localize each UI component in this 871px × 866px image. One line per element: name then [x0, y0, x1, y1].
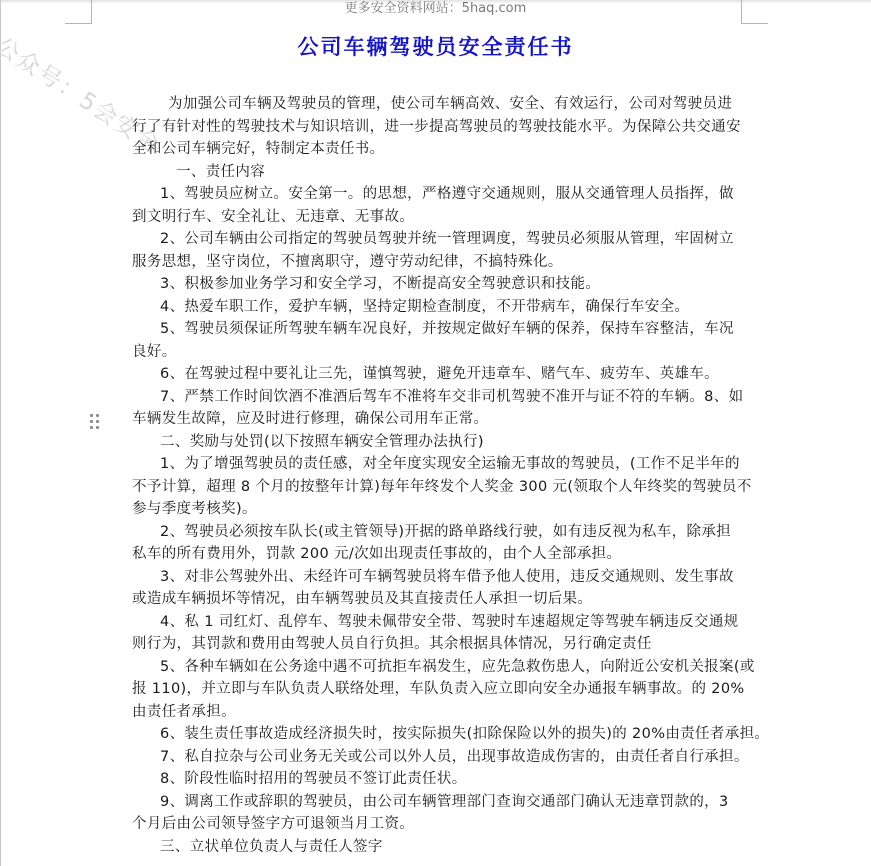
section-heading-signatures: 三、立状单位负责人与责任人签字: [132, 836, 752, 859]
document-title: 公司车辆驾驶员安全责任书: [0, 32, 871, 62]
doc-line: 5、各种车辆如在公务途中遇不可抗拒车祸发生，应先急救伤患人，向附近公安机关报案(…: [132, 656, 752, 679]
doc-line: 2、公司车辆由公司指定的驾驶员驾驶并统一管理调度，驾驶员必须服从管理，牢固树立: [132, 228, 752, 251]
doc-line: 8、阶段性临时招用的驾驶员不签订此责任状。: [132, 768, 752, 791]
doc-line: 6、装生责任事故造成经济损失时，按实际损失(扣除保险以外的损失)的 20%由责任…: [132, 723, 752, 746]
doc-line: 3、对非公驾驶外出、未经许可车辆驾驶员将车借予他人使用，违反交通规则、发生事故: [132, 566, 752, 589]
page-left-edge: [0, 0, 1, 866]
doc-line: 到文明行车、安全礼让、无违章、无事故。: [132, 206, 752, 229]
doc-line: 行了有针对性的驾驶技术与知识培训，进一步提高驾驶员的驾驶技能水平。为保障公共交通…: [132, 116, 752, 139]
doc-line: 3、积极参加业务学习和安全学习，不断提高安全驾驶意识和技能。: [132, 273, 752, 296]
doc-line: 为加强公司车辆及驾驶员的管理，使公司车辆高效、安全、有效运行，公司对驾驶员进: [132, 93, 752, 116]
paragraph-drag-handle-icon[interactable]: [90, 414, 100, 430]
page-header-site-text: 更多安全资料网站：5haq.com: [0, 0, 871, 18]
doc-line: 车辆发生故障，应及时进行修理，确保公司用车正常。: [132, 408, 752, 431]
doc-line: 参与季度考核奖)。: [132, 498, 752, 521]
section-heading-rewards-penalties: 二、奖励与处罚(以下按照车辆安全管理办法执行): [132, 431, 752, 454]
doc-line: 则行为，其罚款和费用由驾驶人员自行负担。其余根据具体情况，另行确定责任: [132, 633, 752, 656]
doc-line: 不予计算，超理 8 个月的按整年计算)每年年终发个人奖金 300 元(领取个人年…: [132, 476, 752, 499]
doc-line: 2、驾驶员必须按车队长(或主管领导)开据的路单路线行驶，如有违反视为私车，除承担: [132, 521, 752, 544]
doc-line: 报 110)，并立即与车队负责人联络处理，车队负责入应立即向安全办通报车辆事故。…: [132, 678, 752, 701]
doc-line: 全和公司车辆完好，特制定本责任书。: [132, 138, 752, 161]
doc-line: 个月后由公司领导签字方可退领当月工资。: [132, 813, 752, 836]
doc-line: 6、在驾驶过程中要礼让三先，谨慎驾驶，避免开违章车、赌气车、疲劳车、英雄车。: [132, 363, 752, 386]
doc-line: 9、调离工作或辞职的驾驶员，由公司车辆管理部门查询交通部门确认无违章罚款的，3: [132, 791, 752, 814]
section-heading-responsibilities: 一、责任内容: [132, 161, 752, 184]
doc-line: 由责任者承担。: [132, 701, 752, 724]
doc-line: 4、热爱车职工作，爱护车辆，坚持定期检查制度，不开带病车，确保行车安全。: [132, 296, 752, 319]
doc-line: 私车的所有费用外，罚款 200 元/次如出现责任事故的，由个人全部承担。: [132, 543, 752, 566]
doc-line: 5、驾驶员须保证所驾驶车辆车况良好，并按规定做好车辆的保养，保持车容整洁，车况: [132, 318, 752, 341]
doc-line: 4、私 1 司红灯、乱停车、驾驶未佩带安全带、驾驶时车速超规定等驾驶车辆违反交通…: [132, 611, 752, 634]
doc-line: 或造成车辆损坏等情况，由车辆驾驶员及其直接责任人承担一切后果。: [132, 588, 752, 611]
doc-line: 7、严禁工作时间饮酒不准酒后驾车不准将车交非司机驾驶不准开与证不符的车辆。8、如: [132, 386, 752, 409]
doc-line: 服务思想，坚守岗位，不擅离职守，遵守劳动纪律，不搞特殊化。: [132, 251, 752, 274]
doc-line: 1、驾驶员应树立。安全第一。的思想，严格遵守交通规则，服从交通管理人员指挥，做: [132, 183, 752, 206]
doc-line: 1、为了增强驾驶员的责任感，对全年度实现安全运输无事故的驾驶员，(工作不足半年的: [132, 453, 752, 476]
document-body: 为加强公司车辆及驾驶员的管理，使公司车辆高效、安全、有效运行，公司对驾驶员进 行…: [132, 93, 752, 858]
doc-line: 7、私自拉杂与公司业务无关或公司以外人员，出现事故造成伤害的，由责任者自行承担。: [132, 746, 752, 769]
doc-line: 良好。: [132, 341, 752, 364]
